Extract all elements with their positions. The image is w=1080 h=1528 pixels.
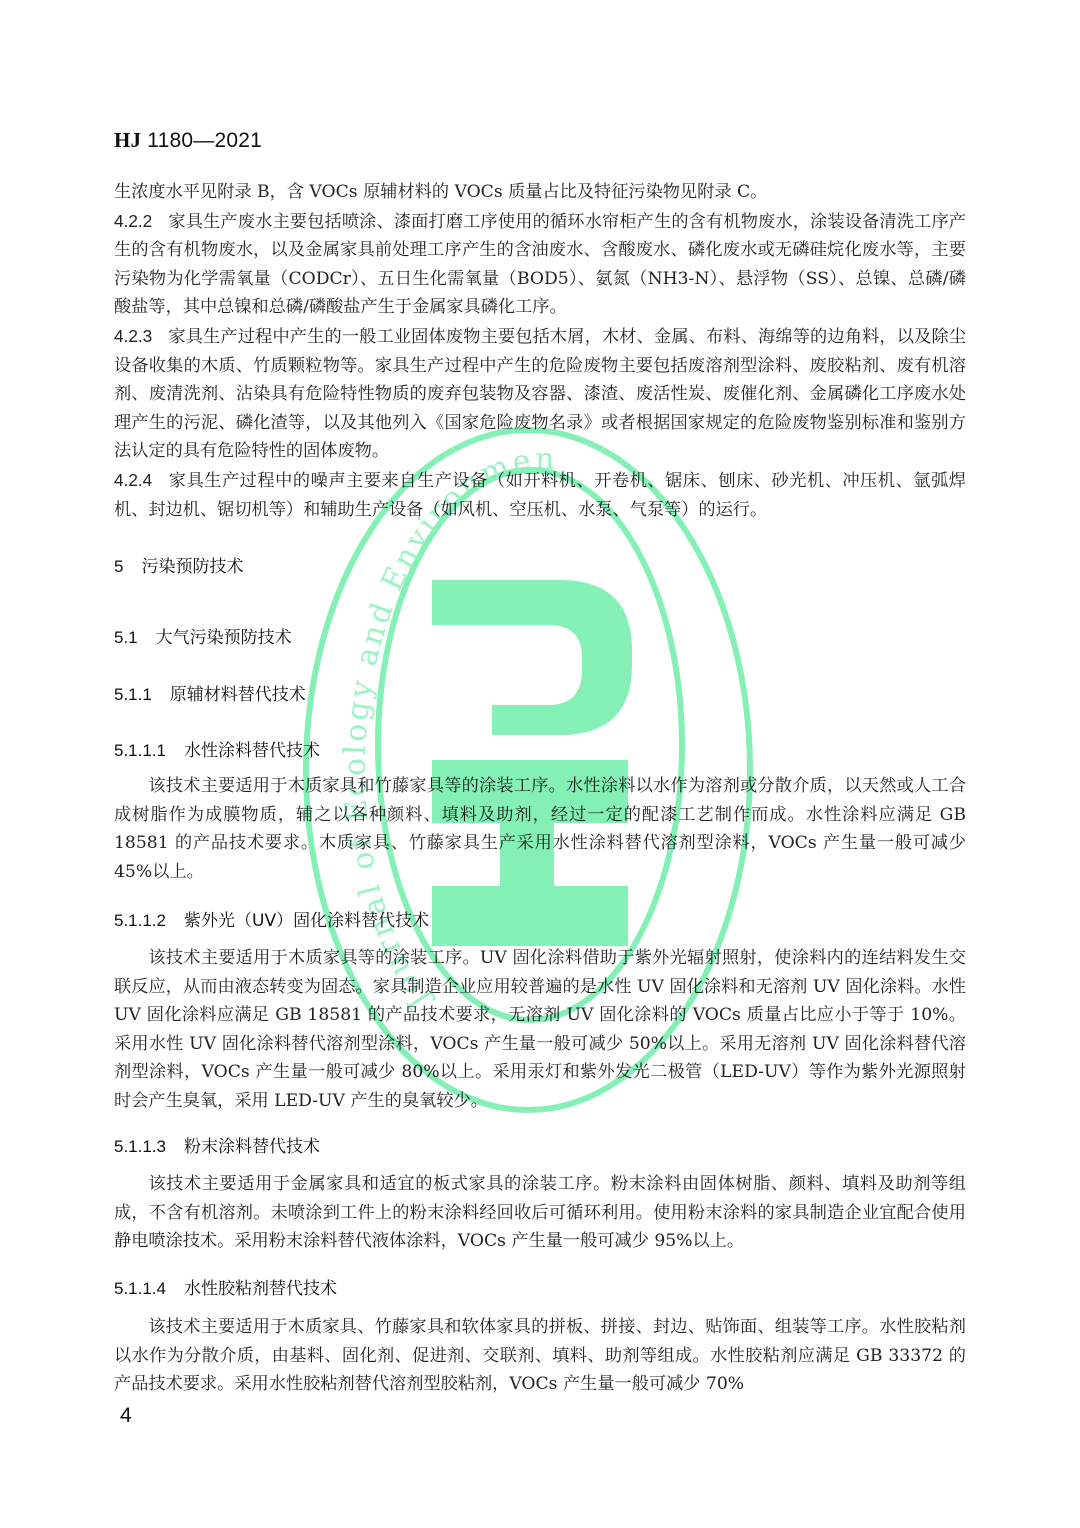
page-number: 4 — [120, 1404, 132, 1428]
section-5-1-1-1-body: 该技术主要适用于木质家具和竹藤家具等的涂装工序。水性涂料以水作为溶剂或分散介质，… — [114, 772, 966, 886]
paragraph-4-2-2: 4.2.2家具生产废水主要包括喷涂、漆面打磨工序使用的循环水帘柜产生的含有机物废… — [114, 207, 966, 322]
heading-title: 粉末涂料替代技术 — [184, 1137, 320, 1157]
heading-5-1-1-1: 5.1.1.1水性涂料替代技术 — [114, 736, 320, 761]
heading-number: 5.1.1.4 — [114, 1279, 166, 1298]
letter-i-bottom-bar-icon — [432, 886, 628, 946]
standard-code-header: HJ 1180—2021 — [114, 128, 262, 153]
paragraph-text: 家具生产废水主要包括喷涂、漆面打磨工序使用的循环水帘柜产生的含有机物废水，涂装设… — [114, 212, 966, 318]
paragraph-text: 家具生产过程中的噪声主要来自生产设备（如开料机、开卷机、锯床、刨床、砂光机、冲压… — [114, 471, 966, 520]
heading-5-1-1-4: 5.1.1.4水性胶粘剂替代技术 — [114, 1274, 337, 1299]
inner-ring-icon — [378, 470, 682, 1020]
heading-title: 水性涂料替代技术 — [184, 741, 320, 761]
heading-5-1-1: 5.1.1原辅材料替代技术 — [114, 680, 306, 705]
clause-number: 4.2.2 — [114, 211, 152, 231]
paragraph-4-2-3: 4.2.3家具生产过程中产生的一般工业固体废物主要包括木屑，木材、金属、布料、海… — [114, 322, 966, 466]
paragraph-text: 生浓度水平见附录 B，含 VOCs 原辅材料的 VOCs 质量占比及特征污染物见… — [114, 182, 767, 202]
heading-5-1-1-3: 5.1.1.3粉末涂料替代技术 — [114, 1132, 320, 1157]
heading-number: 5.1.1.3 — [114, 1137, 166, 1156]
letter-p-icon — [432, 580, 632, 735]
clause-number: 4.2.3 — [114, 326, 152, 346]
section-5-1-1-3-body: 该技术主要适用于金属家具和适宜的板式家具的涂装工序。粉末涂料由固体树脂、颜料、填… — [114, 1170, 966, 1256]
heading-number: 5.1.1.1 — [114, 741, 166, 760]
paragraph-text: 家具生产过程中产生的一般工业固体废物主要包括木屑，木材、金属、布料、海绵等的边角… — [114, 327, 966, 461]
heading-number: 5.1.1 — [114, 685, 152, 704]
heading-5-1-1-2: 5.1.1.2紫外光（UV）固化涂料替代技术 — [114, 906, 429, 931]
heading-5: 5污染预防技术 — [114, 552, 243, 577]
heading-5-1: 5.1大气污染预防技术 — [114, 623, 292, 648]
standard-number: 1180—2021 — [147, 129, 262, 152]
document-page: HJ 1180—2021 生浓度水平见附录 B，含 VOCs 原辅材料的 VOC… — [0, 0, 1080, 1528]
heading-title: 原辅材料替代技术 — [170, 685, 306, 705]
clause-number: 4.2.4 — [114, 470, 152, 490]
paragraph-4-2-4: 4.2.4家具生产过程中的噪声主要来自生产设备（如开料机、开卷机、锯床、刨床、砂… — [114, 466, 966, 524]
standard-prefix: HJ — [114, 128, 141, 152]
heading-title: 水性胶粘剂替代技术 — [184, 1279, 337, 1299]
section-5-1-1-4-body: 该技术主要适用于木质家具、竹藤家具和软体家具的拼板、拼接、封边、贴饰面、组装等工… — [114, 1313, 966, 1399]
paragraph-continuation: 生浓度水平见附录 B，含 VOCs 原辅材料的 VOCs 质量占比及特征污染物见… — [114, 178, 966, 207]
heading-number: 5 — [114, 557, 123, 576]
heading-title: 大气污染预防技术 — [156, 628, 292, 648]
section-5-1-1-2-body: 该技术主要适用于木质家具等的涂装工序。UV 固化涂料借助于紫外光辐射照射，使涂料… — [114, 944, 966, 1116]
heading-number: 5.1.1.2 — [114, 911, 166, 930]
heading-title: 紫外光（UV）固化涂料替代技术 — [184, 911, 429, 931]
heading-number: 5.1 — [114, 628, 138, 647]
section-4-2-body: 生浓度水平见附录 B，含 VOCs 原辅材料的 VOCs 质量占比及特征污染物见… — [114, 178, 966, 524]
heading-title: 污染预防技术 — [141, 557, 243, 577]
